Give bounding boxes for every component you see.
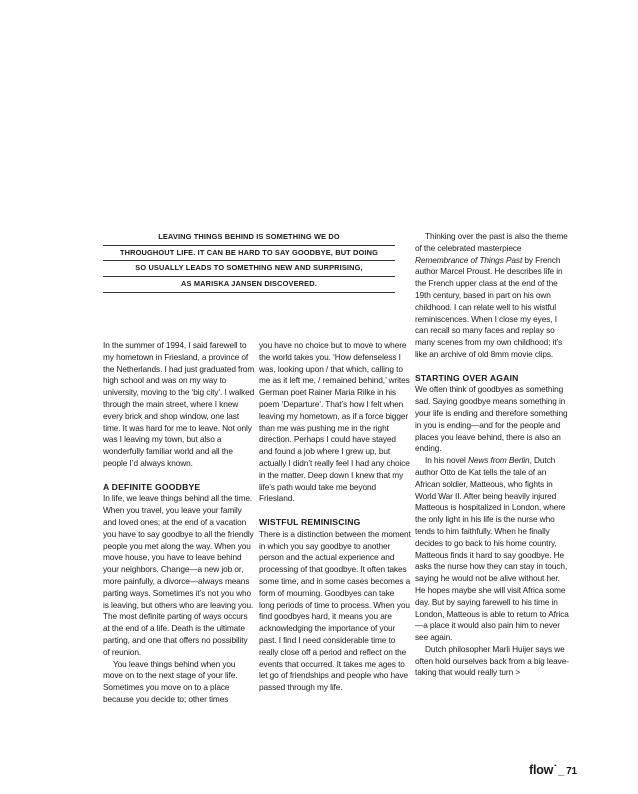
text: In his novel — [425, 455, 468, 465]
paragraph: You leave things behind when you move on… — [103, 659, 255, 706]
book-title: Remembrance of Things Past — [415, 255, 522, 265]
article-column-1: In the summer of 1994, I said farewell t… — [103, 340, 255, 706]
section-heading-wistful-reminiscing: WISTFUL REMINISCING — [259, 517, 411, 529]
paragraph: In his novel News from Berlin, Dutch aut… — [415, 455, 571, 644]
page-footer: flow˙_71 — [529, 763, 577, 777]
paragraph: Thinking over the past is also the theme… — [415, 231, 571, 361]
book-title: News from Berlin — [468, 455, 530, 465]
paragraph: We often think of goodbyes as something … — [415, 384, 571, 455]
standfirst-line: SO USUALLY LEADS TO SOMETHING NEW AND SU… — [103, 261, 395, 277]
article-column-2: you have no choice but to move to where … — [259, 340, 411, 694]
standfirst: LEAVING THINGS BEHIND IS SOMETHING WE DO… — [103, 230, 395, 293]
text: Thinking over the past is also the theme… — [415, 231, 568, 253]
section-heading-definite-goodbye: A DEFINITE GOODBYE — [103, 482, 255, 494]
standfirst-line: LEAVING THINGS BEHIND IS SOMETHING WE DO — [103, 230, 395, 246]
section-heading-starting-over-again: STARTING OVER AGAIN — [415, 373, 571, 385]
footer-separator: _ — [558, 765, 564, 777]
text: Dutch philosopher Marli Huijer says we o… — [415, 644, 569, 678]
paragraph: Dutch philosopher Marli Huijer says we o… — [415, 644, 571, 679]
page-number: 71 — [566, 766, 577, 777]
text: , Dutch author Otto de Kat tells the tal… — [415, 455, 569, 642]
paragraph: In the summer of 1994, I said farewell t… — [103, 340, 255, 470]
text: by French author Marcel Proust. He descr… — [415, 255, 563, 359]
article-column-3: Thinking over the past is also the theme… — [415, 231, 571, 679]
standfirst-line: AS MARISKA JANSEN DISCOVERED. — [103, 277, 395, 293]
standfirst-line: THROUGHOUT LIFE. IT CAN BE HARD TO SAY G… — [103, 246, 395, 262]
paragraph: you have no choice but to move to where … — [259, 340, 411, 505]
paragraph: In life, we leave things behind all the … — [103, 493, 255, 658]
magazine-logo: flow˙ — [529, 763, 557, 777]
continue-arrow-icon: > — [515, 667, 520, 677]
paragraph: There is a distinction between the momen… — [259, 529, 411, 694]
